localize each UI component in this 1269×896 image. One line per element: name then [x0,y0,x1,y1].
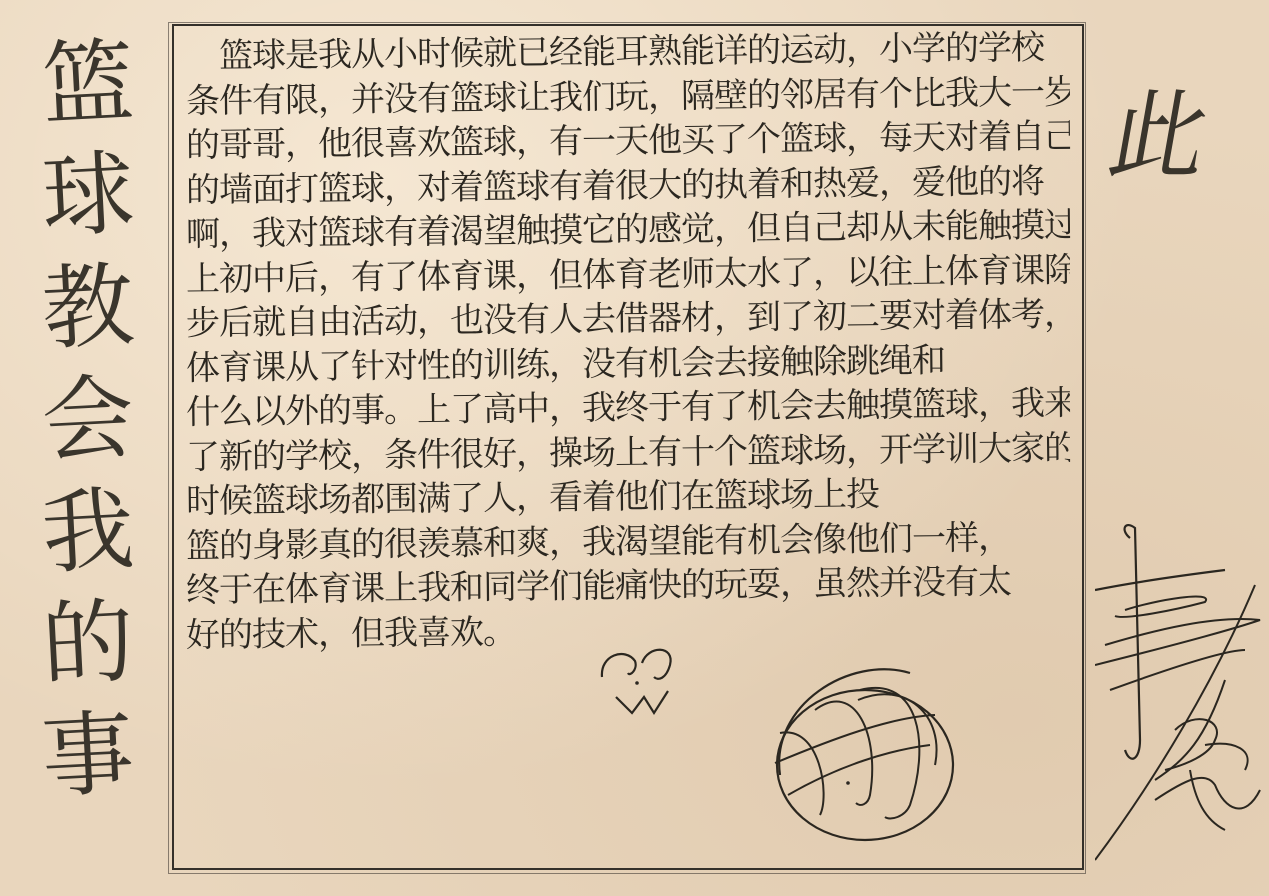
essay-body: 篮球是我从小时候就已经能耳熟能详的运动，小学的学校 条件有限，并没有篮球让我们玩… [186,30,1070,653]
side-title-char: 会 [39,362,137,479]
side-title-char: 教 [39,250,137,367]
side-title: 篮 球 教 会 我 的 事 [28,28,148,812]
signature [1095,520,1255,860]
smiling-face-doodle-icon [580,625,690,725]
side-title-char: 事 [39,698,137,815]
corner-character: 此 [1100,60,1220,197]
basketball-doodle-icon [760,655,960,845]
side-title-char: 球 [39,138,137,255]
side-title-char: 我 [39,474,137,591]
side-title-char: 的 [39,586,137,703]
signature-strokes-icon [1095,520,1265,870]
side-title-char: 篮 [39,26,137,143]
